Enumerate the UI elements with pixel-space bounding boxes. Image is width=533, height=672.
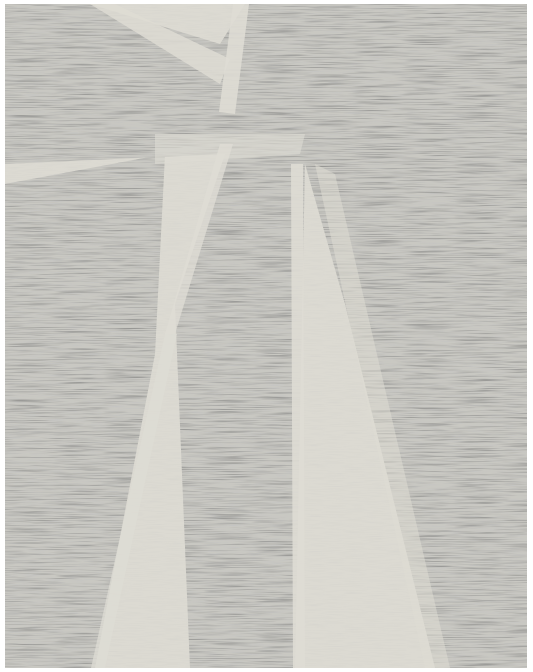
rug-pattern — [5, 4, 527, 668]
rug-image — [5, 4, 527, 668]
